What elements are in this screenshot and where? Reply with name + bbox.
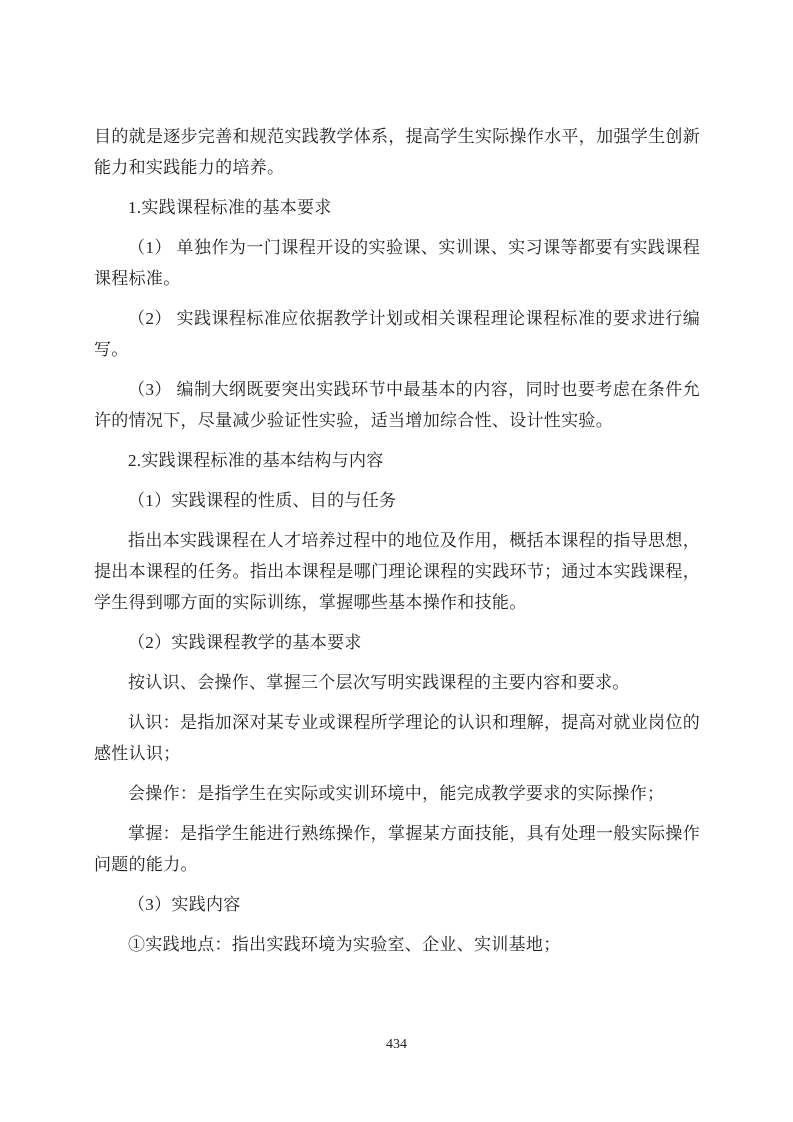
paragraph-item-1: （1） 单独作为一门课程开设的实验课、实训课、实习课等都要有实践课程课程标准。 — [94, 232, 700, 294]
paragraph-nature-purpose-body: 指出本实践课程在人才培养过程中的地位及作用，概括本课程的指导思想，提出本课程的任… — [94, 525, 700, 618]
subheading-teaching-requirements: （2）实践课程教学的基本要求 — [94, 627, 700, 658]
paragraph-item-2: （2） 实践课程标准应依据教学计划或相关课程理论课程标准的要求进行编写。 — [94, 303, 700, 365]
page-number: 434 — [0, 1036, 793, 1054]
paragraph-continuation: 目的就是逐步完善和规范实践教学体系，提高学生实际操作水平，加强学生创新能力和实践… — [94, 121, 700, 183]
paragraph-item-3: （3） 编制大纲既要突出实践环节中最基本的内容，同时也要考虑在条件允许的情况下，… — [94, 374, 700, 436]
heading-2-structure-content: 2.实践课程标准的基本结构与内容 — [94, 445, 700, 476]
paragraph-huicaozuo-definition: 会操作：是指学生在实际或实训环境中，能完成教学要求的实际操作； — [94, 778, 700, 809]
paragraph-practice-location: ①实践地点：指出实践环境为实验室、企业、实训基地； — [94, 929, 700, 960]
paragraph-zhangwo-definition: 掌握：是指学生能进行熟练操作，掌握某方面技能，具有处理一般实际操作问题的能力。 — [94, 818, 700, 880]
heading-1-basic-requirements: 1.实践课程标准的基本要求 — [94, 192, 700, 223]
subheading-nature-purpose: （1）实践课程的性质、目的与任务 — [94, 485, 700, 516]
paragraph-three-levels: 按认识、会操作、掌握三个层次写明实践课程的主要内容和要求。 — [94, 667, 700, 698]
subheading-practice-content: （3）实践内容 — [94, 889, 700, 920]
document-body: 目的就是逐步完善和规范实践教学体系，提高学生实际操作水平，加强学生创新能力和实践… — [94, 121, 700, 969]
document-page: 目的就是逐步完善和规范实践教学体系，提高学生实际操作水平，加强学生创新能力和实践… — [0, 0, 793, 1122]
paragraph-renshi-definition: 认识：是指加深对某专业或课程所学理论的认识和理解，提高对就业岗位的感性认识； — [94, 707, 700, 769]
